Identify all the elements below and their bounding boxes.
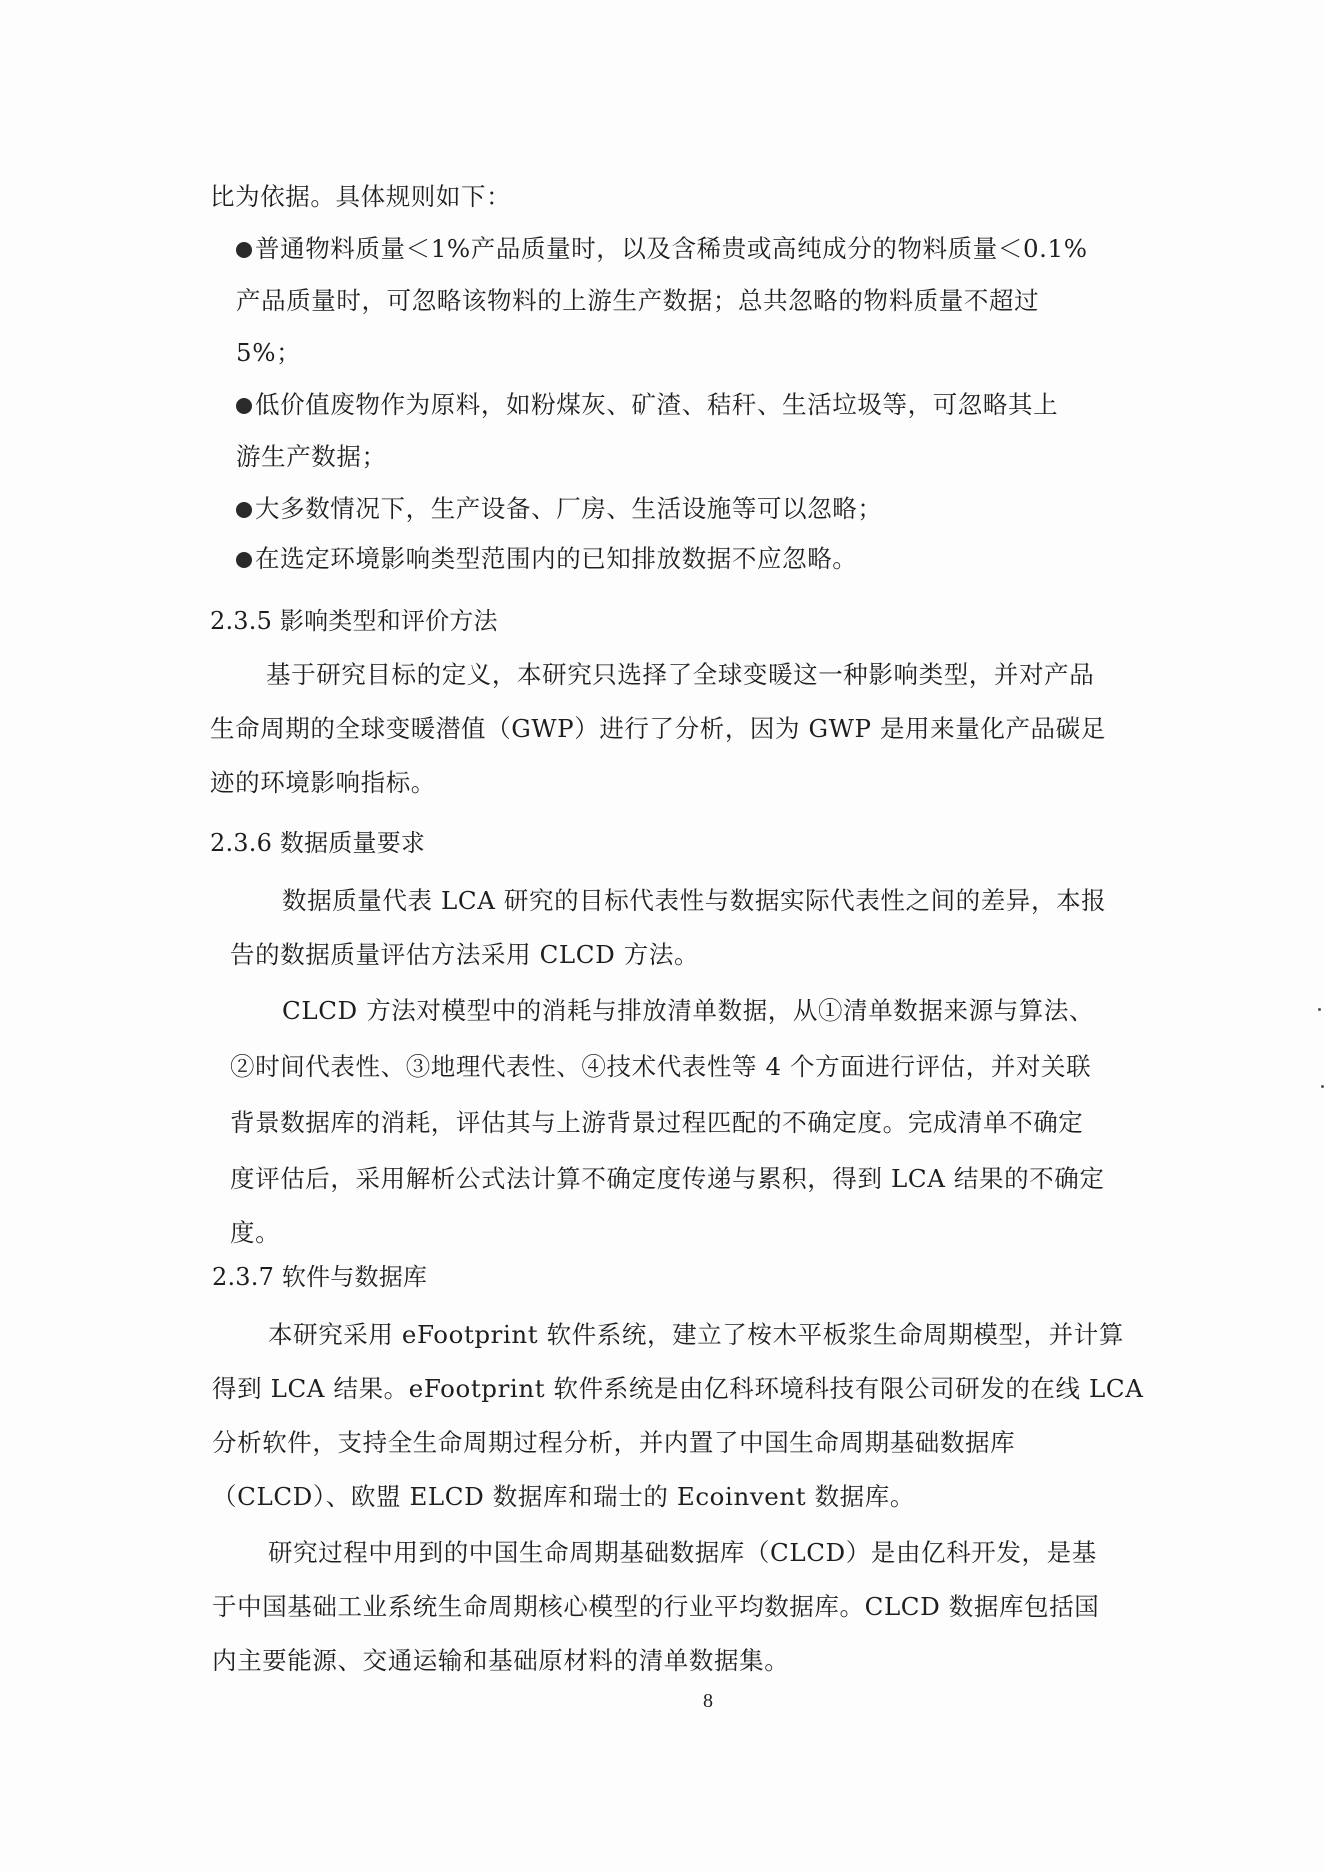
paragraph-line: ②时间代表性、③地理代表性、④技术代表性等 4 个方面进行评估，并对关联 [230,1050,1091,1084]
paragraph-line: 研究过程中用到的中国生命周期基础数据库（CLCD）是由亿科开发，是基 [268,1536,1097,1570]
paragraph-line: 度评估后，采用解析公式法计算不确定度传递与累积，得到 LCA 结果的不确定 [230,1162,1104,1196]
page-number: 8 [703,1690,713,1713]
bullet-text: 低价值废物作为原料，如粉煤灰、矿渣、秸秆、生活垃圾等，可忽略其上 [255,390,1058,419]
paragraph-line: 迹的环境影响指标。 [210,766,436,800]
bullet-icon [236,242,252,258]
section-heading-2-3-7: 2.3.7 软件与数据库 [212,1260,427,1294]
paragraph-line: 分析软件，支持全生命周期过程分析，并内置了中国生命周期基础数据库 [212,1426,1015,1460]
paragraph-line: 内主要能源、交通运输和基础原材料的清单数据集。 [212,1644,789,1678]
bullet-continuation: 游生产数据； [236,440,387,474]
bullet-item: 大多数情况下，生产设备、厂房、生活设施等可以忽略； [236,492,883,526]
bullet-icon [236,502,252,518]
paragraph-line: 得到 LCA 结果。eFootprint 软件系统是由亿科环境科技有限公司研发的… [212,1372,1144,1406]
scan-speck [1318,1008,1321,1011]
bullet-icon [236,552,252,568]
bullet-icon [236,398,252,414]
paragraph-line: 生命周期的全球变暖潜值（GWP）进行了分析，因为 GWP 是用来量化产品碳足 [210,712,1106,746]
bullet-text: 普通物料质量＜1%产品质量时，以及含稀贵或高纯成分的物料质量＜0.1% [255,234,1088,263]
paragraph-line: 背景数据库的消耗，评估其与上游背景过程匹配的不确定度。完成清单不确定 [230,1106,1083,1140]
paragraph-line: CLCD 方法对模型中的消耗与排放清单数据，从①清单数据来源与算法、 [282,994,1094,1028]
bullet-item: 低价值废物作为原料，如粉煤灰、矿渣、秸秆、生活垃圾等，可忽略其上 [236,388,1058,422]
section-heading-2-3-5: 2.3.5 影响类型和评价方法 [210,604,498,638]
paragraph-line: 度。 [230,1216,280,1250]
intro-line: 比为依据。具体规则如下： [210,180,511,214]
paragraph-line: 基于研究目标的定义，本研究只选择了全球变暖这一种影响类型，并对产品 [266,658,1094,692]
paragraph-line: 数据质量代表 LCA 研究的目标代表性与数据实际代表性之间的差异，本报 [282,884,1106,918]
document-page: 比为依据。具体规则如下： 普通物料质量＜1%产品质量时，以及含稀贵或高纯成分的物… [0,0,1324,1871]
paragraph-line: 于中国基础工业系统生命周期核心模型的行业平均数据库。CLCD 数据库包括国 [212,1590,1099,1624]
paragraph-line: 告的数据质量评估方法采用 CLCD 方法。 [230,938,699,972]
bullet-text: 大多数情况下，生产设备、厂房、生活设施等可以忽略； [255,494,883,523]
paragraph-line: 本研究采用 eFootprint 软件系统，建立了桉木平板浆生命周期模型，并计算 [268,1318,1124,1352]
bullet-item: 普通物料质量＜1%产品质量时，以及含稀贵或高纯成分的物料质量＜0.1% [236,232,1088,266]
section-heading-2-3-6: 2.3.6 数据质量要求 [210,826,425,860]
bullet-continuation: 产品质量时，可忽略该物料的上游生产数据；总共忽略的物料质量不超过 [236,284,1039,318]
bullet-text: 在选定环境影响类型范围内的已知排放数据不应忽略。 [255,544,857,573]
bullet-continuation: 5%； [236,336,301,370]
paragraph-line: （CLCD）、欧盟 ELCD 数据库和瑞士的 Ecoinvent 数据库。 [212,1480,915,1514]
bullet-item: 在选定环境影响类型范围内的已知排放数据不应忽略。 [236,542,857,576]
